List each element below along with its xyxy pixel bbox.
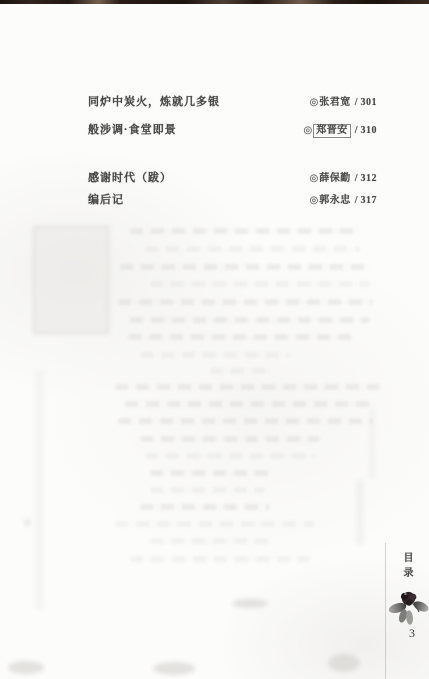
toc-entry-title: 般涉调·食堂即景 bbox=[88, 122, 177, 138]
paper-speck bbox=[328, 654, 360, 672]
corner-section-label: 目录 bbox=[399, 552, 414, 582]
flower-ornament-icon bbox=[388, 588, 429, 628]
bleedthrough-image-ghost bbox=[33, 226, 109, 334]
bleedthrough-line bbox=[145, 453, 315, 459]
toc-author-name-1: 郑晋安 bbox=[313, 124, 351, 138]
page-separator: / bbox=[355, 125, 358, 136]
bleedthrough-streak bbox=[356, 480, 364, 545]
bleedthrough-line bbox=[118, 418, 373, 424]
bleedthrough-line bbox=[150, 487, 265, 493]
page-separator: / bbox=[355, 97, 358, 108]
toc-page-number: 317 bbox=[361, 195, 378, 206]
bleedthrough-line bbox=[125, 401, 375, 407]
toc-entry-title: 同炉中炭火，炼就几多银 bbox=[88, 94, 220, 110]
corner-rule bbox=[385, 543, 386, 679]
author-marker-icon: ◎ bbox=[309, 195, 318, 206]
toc-row: 同炉中炭火，炼就几多银 ◎张君宽/301 bbox=[0, 94, 429, 110]
toc-entry-title: 感谢时代（跋） bbox=[88, 170, 172, 186]
bleedthrough-line bbox=[130, 228, 360, 234]
bleedthrough-line bbox=[150, 470, 270, 476]
toc-entry-author: ◎薛保勤/312 bbox=[309, 171, 377, 187]
bleedthrough-line bbox=[118, 299, 373, 305]
bleedthrough-line bbox=[115, 384, 380, 390]
bleedthrough-streak bbox=[369, 408, 375, 478]
paper-speck bbox=[24, 519, 31, 526]
bleedthrough-line bbox=[120, 264, 370, 270]
page-separator: / bbox=[355, 173, 358, 184]
bleedthrough-line bbox=[150, 281, 370, 287]
paper-speck bbox=[232, 599, 268, 608]
toc-author-name-3: 郭永忠 bbox=[319, 195, 351, 206]
toc-entry-title: 编后记 bbox=[88, 192, 124, 208]
author-marker-icon: ◎ bbox=[309, 97, 318, 108]
bleedthrough-line bbox=[150, 538, 270, 544]
bleedthrough-line bbox=[145, 246, 360, 252]
toc-page-number: 310 bbox=[361, 125, 378, 136]
bleedthrough-line bbox=[115, 521, 315, 527]
toc-author-name-0: 张君宽 bbox=[319, 97, 351, 108]
bleedthrough-streak bbox=[35, 370, 44, 610]
bleedthrough-line bbox=[210, 368, 270, 374]
toc-entry-author: ◎张君宽/301 bbox=[309, 95, 377, 111]
toc-row: 编后记 ◎郭永忠/317 bbox=[0, 192, 429, 208]
toc-page-number: 312 bbox=[361, 173, 378, 184]
toc-page-number: 301 bbox=[361, 97, 378, 108]
page-separator: / bbox=[355, 195, 358, 206]
bleedthrough-line bbox=[140, 436, 320, 442]
toc-row: 感谢时代（跋） ◎薛保勤/312 bbox=[0, 170, 429, 186]
bleedthrough-line bbox=[130, 317, 370, 323]
scan-top-edge bbox=[0, 0, 429, 4]
scanned-book-page: 同炉中炭火，炼就几多银 ◎张君宽/301 般涉调·食堂即景 ◎郑晋安/310 感… bbox=[0, 0, 429, 679]
folio-page-number: 3 bbox=[404, 626, 420, 641]
toc-entry-author: ◎郑晋安/310 bbox=[303, 123, 377, 139]
toc-row: 般涉调·食堂即景 ◎郑晋安/310 bbox=[0, 122, 429, 138]
bleedthrough-line bbox=[140, 352, 290, 358]
paper-speck bbox=[8, 661, 44, 674]
toc-entry-author: ◎郭永忠/317 bbox=[309, 193, 377, 209]
bleedthrough-line bbox=[130, 556, 310, 562]
paper-speck bbox=[153, 662, 195, 675]
bleedthrough-line bbox=[140, 504, 270, 510]
toc-author-name-2: 薛保勤 bbox=[319, 173, 351, 184]
author-marker-icon: ◎ bbox=[309, 173, 318, 184]
author-marker-icon: ◎ bbox=[303, 125, 312, 136]
bleedthrough-line bbox=[128, 334, 353, 340]
